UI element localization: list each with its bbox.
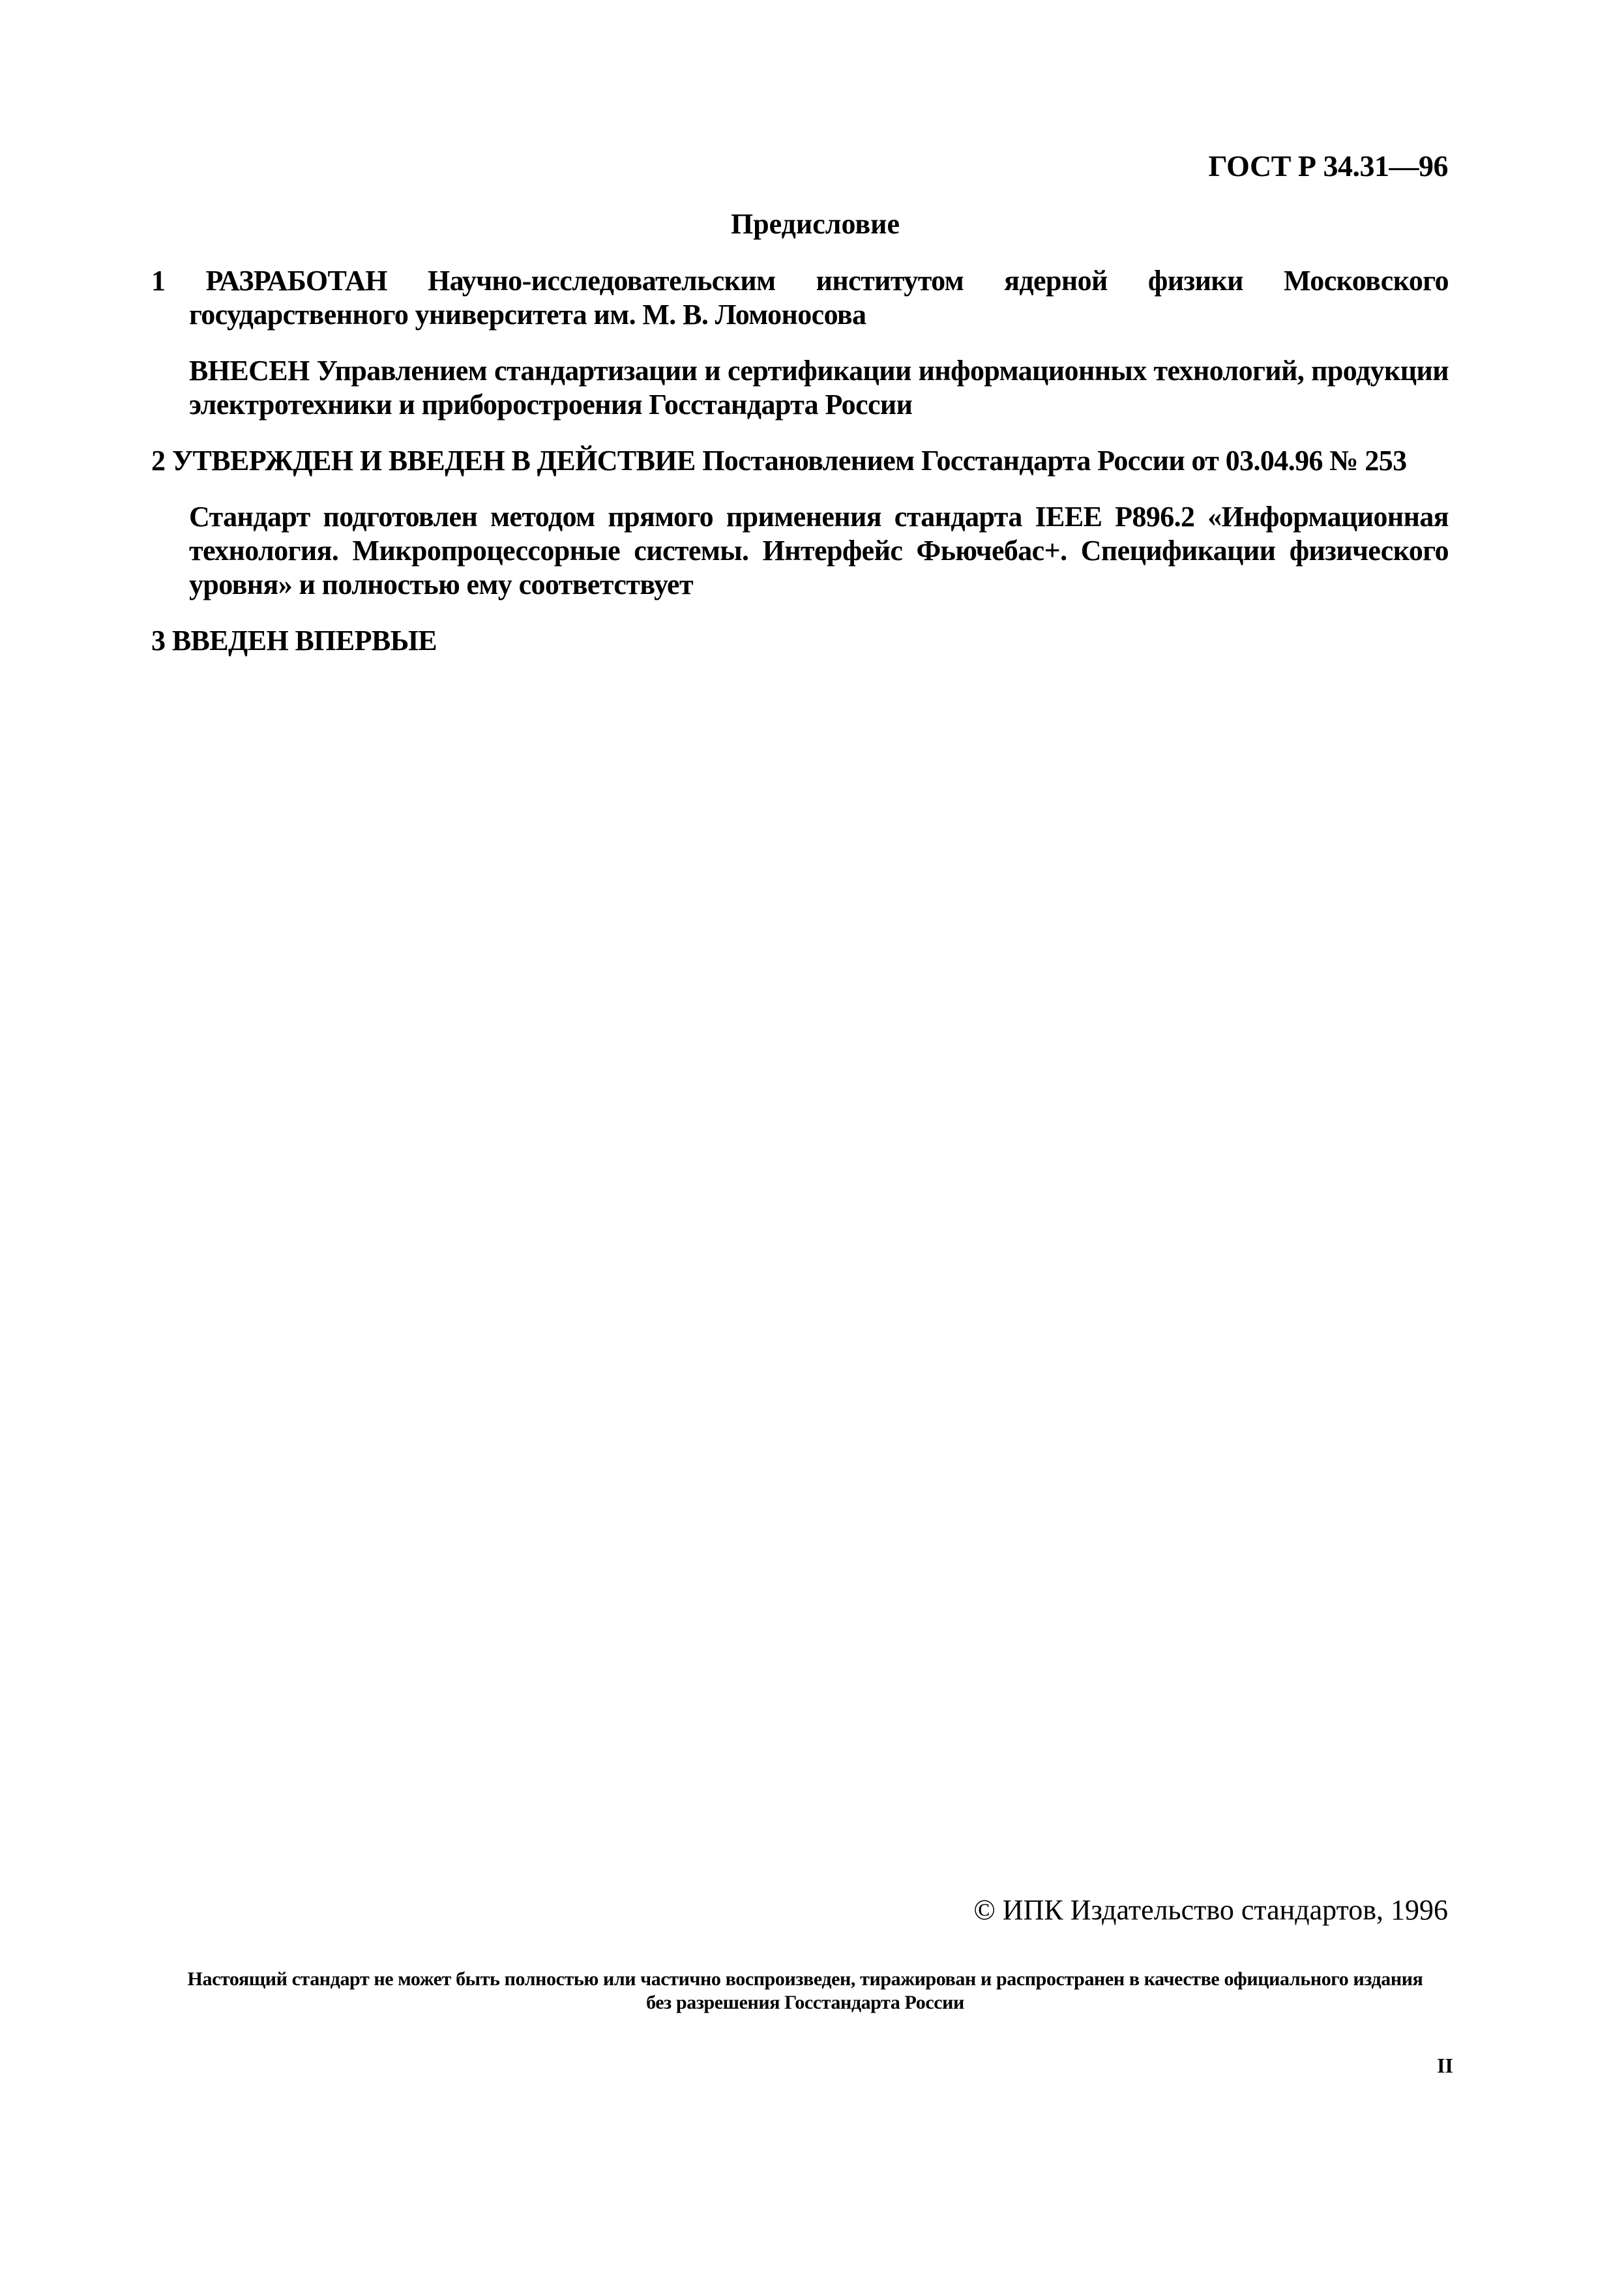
item-lead: РАЗРАБОТАН — [206, 265, 387, 297]
foreword-item-first-introduced: 3 ВВЕДЕН ВПЕРВЫЕ — [151, 624, 1449, 658]
page-number: II — [1437, 2054, 1453, 2078]
foreword-item-developed: 1 РАЗРАБОТАН Научно-исследовательским ин… — [151, 264, 1449, 332]
document-page: ГОСТ Р 34.31—96 Предисловие 1 РАЗРАБОТАН… — [0, 0, 1624, 2291]
item-number: 1 — [151, 265, 165, 297]
item-lead: УТВЕРЖДЕН И ВВЕДЕН В ДЕЙСТВИЕ — [172, 445, 696, 477]
page-heading: Предисловие — [0, 207, 1624, 241]
foreword-item-standard-note: Стандарт подготовлен методом прямого при… — [151, 500, 1449, 602]
reproduction-notice: Настоящий стандарт не может быть полност… — [183, 1968, 1428, 2015]
copyright-line: © ИПК Издательство стандартов, 1996 — [973, 1893, 1448, 1927]
item-number: 2 — [151, 445, 165, 477]
item-number: 3 — [151, 625, 165, 657]
item-text: Управлением стандартизации и сертификаци… — [189, 355, 1449, 421]
item-text: Постановлением Госстандарта России от 03… — [702, 445, 1406, 477]
item-lead: ВВЕДЕН ВПЕРВЫЕ — [172, 625, 437, 657]
item-text: Стандарт подготовлен методом прямого при… — [189, 501, 1449, 600]
document-code: ГОСТ Р 34.31—96 — [1209, 149, 1448, 183]
foreword-content: 1 РАЗРАБОТАН Научно-исследовательским ин… — [151, 264, 1449, 658]
item-lead: ВНЕСЕН — [189, 355, 310, 387]
foreword-item-approved: 2 УТВЕРЖДЕН И ВВЕДЕН В ДЕЙСТВИЕ Постанов… — [151, 444, 1449, 478]
foreword-item-introduced: ВНЕСЕН Управлением стандартизации и серт… — [151, 354, 1449, 422]
